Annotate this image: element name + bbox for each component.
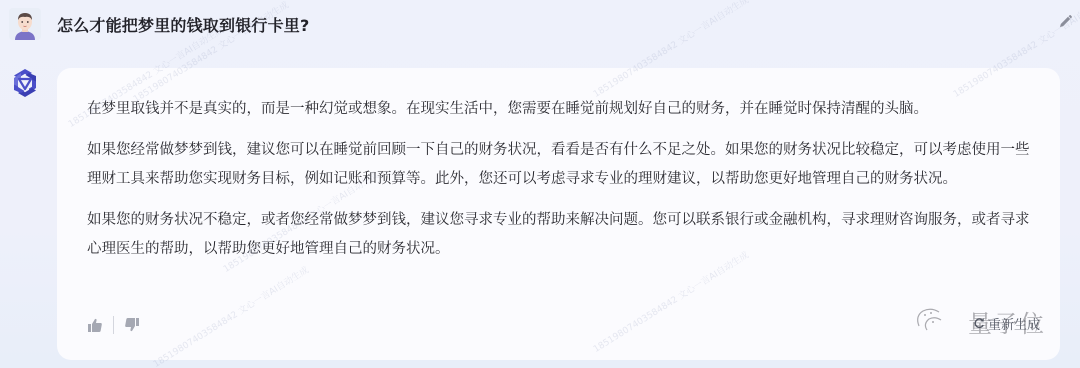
user-avatar [9,8,41,40]
refresh-icon [973,317,985,329]
regenerate-button[interactable]: 重新生成 [973,312,1040,334]
assistant-answer-card: 在梦里取钱并不是真实的，而是一种幻觉或想象。在现实生活中，您需要在睡觉前规划好自… [57,68,1060,360]
feedback-divider [113,316,114,334]
answer-paragraph: 如果您的财务状况不稳定，或者您经常做梦梦到钱，建议您寻求专业的帮助来解决问题。您… [87,206,1042,264]
answer-paragraph: 在梦里取钱并不是真实的，而是一种幻觉或想象。在现实生活中，您需要在睡觉前规划好自… [87,95,1042,124]
thumbs-up-icon[interactable] [87,317,103,333]
feedback-bar [87,315,140,335]
pencil-icon[interactable] [1057,14,1073,30]
regenerate-label: 重新生成 [988,314,1040,333]
thumbs-down-icon[interactable] [124,317,140,333]
user-avatar-icon [9,8,41,40]
user-message-row: 怎么才能把梦里的钱取到银行卡里? [0,0,1080,56]
answer-paragraph: 如果您经常做梦梦到钱，建议您可以在睡觉前回顾一下自己的财务状况，看看是否有什么不… [87,136,1042,194]
user-question: 怎么才能把梦里的钱取到银行卡里? [57,13,309,36]
answer-body: 在梦里取钱并不是真实的，而是一种幻觉或想象。在现实生活中，您需要在睡觉前规划好自… [87,95,1042,276]
ernie-bot-logo-icon [8,66,42,100]
